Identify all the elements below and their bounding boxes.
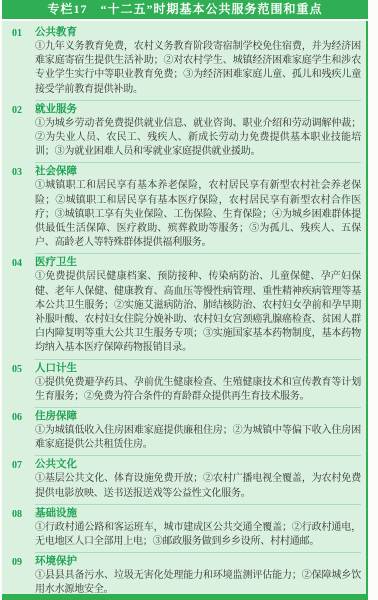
section-public-education: 01 公共教育 ①九年义务教育免费，农村义务教育阶段寄宿制学校免住宿费，并为经济…	[2, 26, 366, 103]
section-body: ①九年义务教育免费，农村义务教育阶段寄宿制学校免住宿费，并为经济困难家庭寄宿生提…	[35, 40, 361, 97]
section-heading: 人口计生	[35, 362, 361, 375]
section-heading: 社会保障	[35, 165, 361, 178]
section-body: ①免费提供居民健康档案、预防接种、传染病防治、儿童保健、孕产妇保健、老年人保健、…	[35, 270, 361, 355]
section-heading: 公共教育	[35, 26, 361, 39]
section-infrastructure: 08 基础设施 ①行政村通公路和客运班车，城市建成区公共交通全覆盖；②行政村通电…	[2, 507, 366, 555]
section-body: ①提供免费避孕药具、孕前优生健康检查、生殖健康技术和宣传教育等计划生育服务；②免…	[35, 376, 361, 404]
column-title: 专栏17 “十二五”时期基本公共服务范围和重点	[2, 0, 368, 19]
section-heading: 住房保障	[35, 410, 361, 423]
section-housing-security: 06 住房保障 ①为城镇低收入住房困难家庭提供廉租住房；②为城镇中等偏下收入住房…	[2, 410, 366, 458]
section-number: 04	[2, 256, 35, 270]
section-environmental-protection: 09 环境保护 ①县县具备污水、垃圾无害化处理能力和环境监测评估能力；②保障城乡…	[2, 555, 366, 597]
section-number: 03	[2, 165, 35, 179]
section-heading: 就业服务	[35, 103, 361, 116]
section-number: 02	[2, 103, 35, 117]
section-social-security: 03 社会保障 ①城镇职工和居民享有基本养老保险，农村居民享有新型农村社会养老保…	[2, 165, 366, 256]
section-population-family-planning: 05 人口计生 ①提供免费避孕药具、孕前优生健康检查、生殖健康技术和宣传教育等计…	[2, 362, 366, 410]
section-number: 09	[2, 555, 35, 569]
section-body: ①县县具备污水、垃圾无害化处理能力和环境监测评估能力；②保障城乡饮用水水源地安全…	[35, 569, 361, 597]
section-heading: 基础设施	[35, 507, 361, 520]
section-number: 07	[2, 458, 35, 472]
section-employment-services: 02 就业服务 ①为城乡劳动者免费提供就业信息、就业咨询、职业介绍和劳动调解仲裁…	[2, 103, 366, 166]
section-public-culture: 07 公共文化 ①基层公共文化、体育设施免费开放；②农村广播电视全覆盖，为农村免…	[2, 458, 366, 506]
section-body: ①为城镇低收入住房困难家庭提供廉租住房；②为城镇中等偏下收入住房困难家庭提供公共…	[35, 424, 361, 452]
section-medical-health: 04 医疗卫生 ①免费提供居民健康档案、预防接种、传染病防治、儿童保健、孕产妇保…	[2, 256, 366, 361]
column-panel: 01 公共教育 ①九年义务教育免费，农村义务教育阶段寄宿制学校免住宿费，并为经济…	[2, 21, 368, 600]
section-number: 05	[2, 362, 35, 376]
section-body: ①行政村通公路和客运班车，城市建成区公共交通全覆盖；②行政村通电，无电地区人口全…	[35, 521, 361, 549]
section-body: ①为城乡劳动者免费提供就业信息、就业咨询、职业介绍和劳动调解仲裁；②为失业人员、…	[35, 117, 361, 160]
section-number: 08	[2, 507, 35, 521]
section-number: 01	[2, 26, 35, 40]
section-heading: 医疗卫生	[35, 256, 361, 269]
section-body: ①基层公共文化、体育设施免费开放；②农村广播电视全覆盖，为农村免费提供电影放映、…	[35, 472, 361, 500]
section-number: 06	[2, 410, 35, 424]
column-box: 专栏17 “十二五”时期基本公共服务范围和重点 01 公共教育 ①九年义务教育免…	[2, 0, 368, 600]
section-heading: 环境保护	[35, 555, 361, 568]
section-body: ①城镇职工和居民享有基本养老保险，农村居民享有新型农村社会养老保险；②城镇职工和…	[35, 179, 361, 250]
section-heading: 公共文化	[35, 458, 361, 471]
